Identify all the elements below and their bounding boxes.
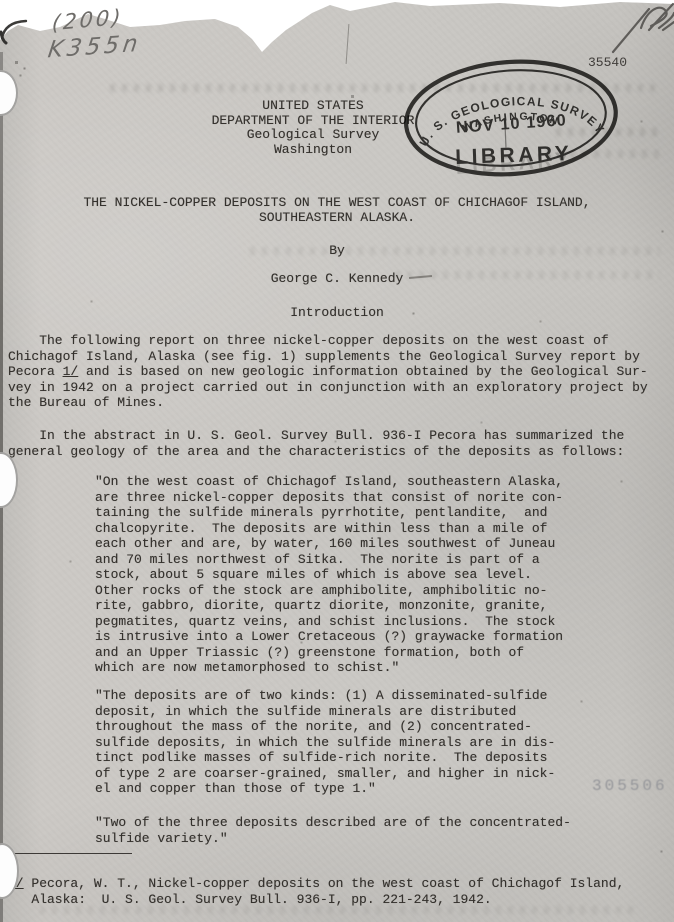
byline-by: By bbox=[0, 243, 674, 259]
stamp-label-text: LIBRARY bbox=[455, 142, 573, 169]
paragraph-1: The following report on three nickel-cop… bbox=[8, 333, 648, 411]
stamped-accession-number: 305506 bbox=[592, 777, 668, 795]
paragraph-2: In the abstract in U. S. Geol. Survey Bu… bbox=[8, 428, 624, 459]
section-heading: Introduction bbox=[0, 305, 674, 321]
author-name: George C. Kennedy bbox=[0, 271, 674, 287]
paragraph-1-text-cont: and is based on new geologic information… bbox=[8, 364, 648, 410]
footnote-reference-1: 1/ bbox=[63, 364, 79, 379]
footnote: 1/ Pecora, W. T., Nickel-copper deposits… bbox=[8, 876, 624, 907]
library-stamp: U. S. GEOLOGICAL SURVEY WASHINGTON NOV 1… bbox=[396, 49, 626, 188]
scanned-document-page: UNITED STATES DEPARTMENT OF THE INTERIOR… bbox=[0, 0, 674, 922]
quote-block-1: "On the west coast of Chichagof Island, … bbox=[95, 474, 563, 676]
corner-curl-mark bbox=[0, 10, 40, 46]
quote-block-3: "Two of the three deposits described are… bbox=[95, 815, 571, 846]
document-title: THE NICKEL-COPPER DEPOSITS ON THE WEST C… bbox=[0, 196, 674, 225]
bleed-smudge bbox=[40, 906, 640, 914]
footnote-separator bbox=[8, 853, 132, 854]
footnote-text: Pecora, W. T., Nickel-copper deposits on… bbox=[8, 876, 624, 907]
quote-block-2: "The deposits are of two kinds: (1) A di… bbox=[95, 688, 555, 797]
pen-scribble-mark bbox=[605, 0, 674, 56]
